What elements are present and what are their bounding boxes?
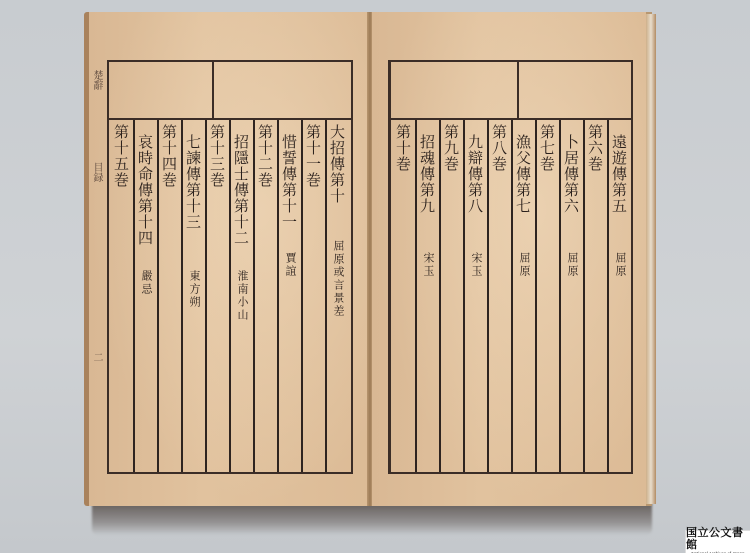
column-rule <box>559 120 561 472</box>
right-page: 遠遊傳第五 屈原 第六巻 卜居傳第六 屈原 第七巻 漁父傳第七 屈原 第八巻 九… <box>372 12 652 506</box>
toc-author: 屈原 <box>614 252 626 278</box>
toc-volume: 第十一巻 <box>305 124 321 188</box>
column-rule <box>463 120 465 472</box>
toc-author: 屈原 <box>566 252 578 278</box>
toc-volume: 第十巻 <box>395 124 411 172</box>
column-rule <box>487 120 489 472</box>
column-rule <box>157 120 159 472</box>
right-header-box <box>391 62 631 120</box>
toc-author: 賈誼 <box>284 252 296 278</box>
column-rule <box>415 120 417 472</box>
toc-entry: 漁父傳第七 <box>515 134 531 214</box>
margin-page-number: 二 <box>91 352 102 362</box>
toc-volume: 第十四巻 <box>161 124 177 188</box>
column-rule <box>133 120 135 472</box>
toc-entry: 招魂傳第九 <box>419 134 435 214</box>
column-rule <box>511 120 513 472</box>
column-rule <box>205 120 207 472</box>
column-rule <box>181 120 183 472</box>
right-page-frame: 遠遊傳第五 屈原 第六巻 卜居傳第六 屈原 第七巻 漁父傳第七 屈原 第八巻 九… <box>388 60 633 474</box>
column-rule <box>535 120 537 472</box>
column-rule <box>229 120 231 472</box>
toc-volume: 第十五巻 <box>113 124 129 188</box>
toc-volume: 第八巻 <box>491 124 507 172</box>
toc-volume: 第六巻 <box>587 124 603 172</box>
margin-title: 楚辭 <box>91 70 102 90</box>
column-rule <box>325 120 327 472</box>
column-rule <box>439 120 441 472</box>
left-header-cell <box>109 62 214 118</box>
right-header-cell <box>391 62 519 118</box>
page-stack-edge <box>646 14 656 504</box>
toc-entry: 大招傳第十 <box>329 124 345 204</box>
toc-author: 東方朔 <box>188 270 200 309</box>
column-rule <box>301 120 303 472</box>
margin-section: 目録 <box>91 162 102 182</box>
toc-author: 嚴忌 <box>140 270 152 296</box>
left-header-box <box>109 62 351 120</box>
toc-author: 宋玉 <box>422 252 434 278</box>
archive-watermark: 国立公文書館 National Archives of Japan <box>685 530 750 553</box>
toc-entry: 遠遊傳第五 <box>611 134 627 214</box>
toc-entry: 招隱士傳第十二 <box>233 134 249 246</box>
toc-entry: 惜誓傳第十一 <box>281 134 297 230</box>
column-rule <box>607 120 609 472</box>
toc-author: 淮南小山 <box>236 270 248 322</box>
toc-entry: 哀時命傳第十四 <box>137 134 153 246</box>
toc-volume: 第十二巻 <box>257 124 273 188</box>
column-rule <box>277 120 279 472</box>
toc-volume: 第七巻 <box>539 124 555 172</box>
left-page: 楚辭 目録 二 大招傳第十 屈原或言景差 第十一巻 惜誓傳第十一 賈誼 第十二巻… <box>84 12 375 506</box>
toc-entry: 七諫傳第十三 <box>185 134 201 230</box>
toc-author: 屈原或言景差 <box>332 240 344 318</box>
watermark-japanese: 国立公文書館 <box>686 527 750 551</box>
toc-entry: 卜居傳第六 <box>563 134 579 214</box>
toc-volume: 第九巻 <box>443 124 459 172</box>
open-book: 楚辭 目録 二 大招傳第十 屈原或言景差 第十一巻 惜誓傳第十一 賈誼 第十二巻… <box>84 12 656 506</box>
toc-volume: 第十三巻 <box>209 124 225 188</box>
toc-author: 屈原 <box>518 252 530 278</box>
left-page-frame: 大招傳第十 屈原或言景差 第十一巻 惜誓傳第十一 賈誼 第十二巻 招隱士傳第十二… <box>107 60 353 474</box>
column-rule <box>253 120 255 472</box>
toc-entry: 九辯傳第八 <box>467 134 483 214</box>
toc-author: 宋玉 <box>470 252 482 278</box>
column-rule <box>583 120 585 472</box>
